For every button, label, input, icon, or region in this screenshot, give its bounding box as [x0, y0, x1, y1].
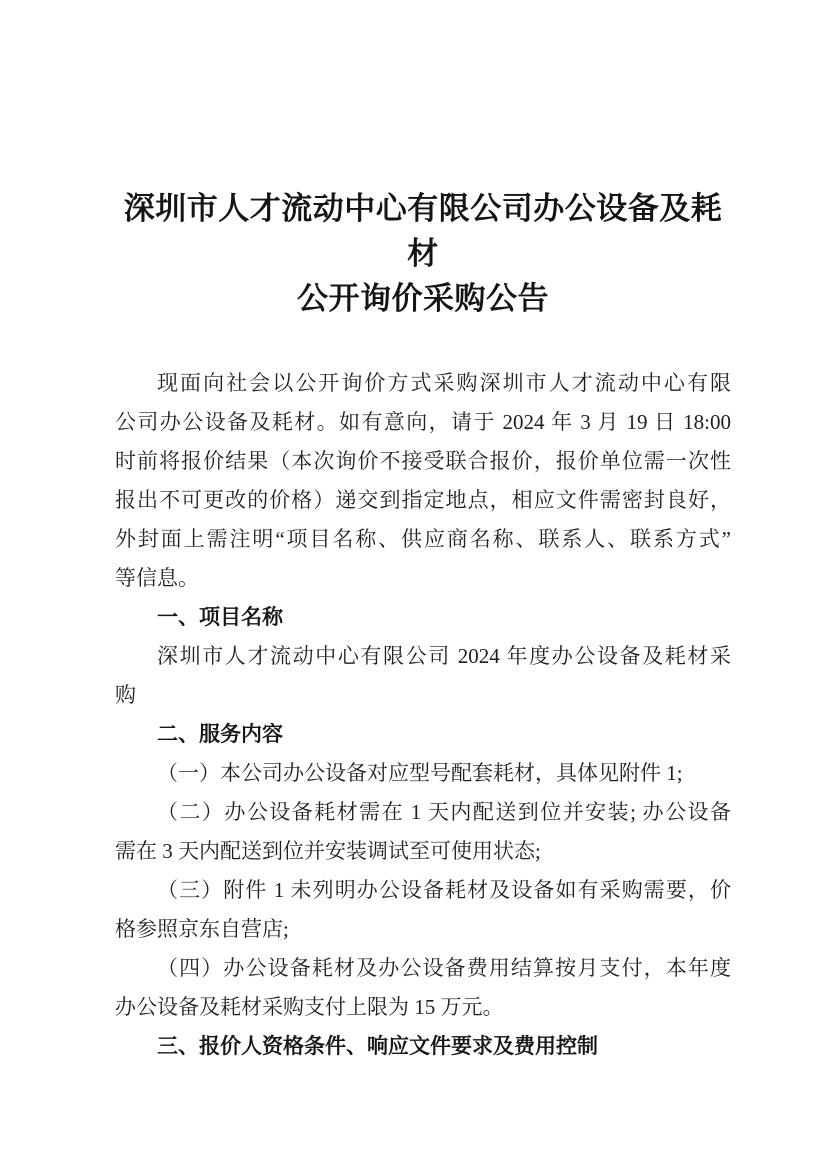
- paragraph-intro-line-5: 外封面上需注明“项目名称、供应商名称、联系人、联系方式”: [115, 520, 731, 559]
- section-heading-bidder-requirements: 三、报价人资格条件、响应文件要求及费用控制: [115, 1027, 731, 1066]
- section-heading-project-name: 一、项目名称: [115, 598, 731, 637]
- paragraph-intro-line-4: 报出不可更改的价格）递交到指定地点，相应文件需密封良好，: [115, 481, 731, 520]
- service-item-4-line-1: （四）办公设备耗材及办公设备费用结算按月支付，本年度: [115, 949, 731, 988]
- document-title: 深圳市人才流动中心有限公司办公设备及耗材 公开询价采购公告: [115, 186, 731, 321]
- document-body: 现面向社会以公开询价方式采购深圳市人才流动中心有限 公司办公设备及耗材。如有意向…: [115, 364, 731, 1066]
- service-item-3-line-2: 格参照京东自营店;: [115, 910, 731, 949]
- paragraph-intro-line-3: 时前将报价结果（本次询价不接受联合报价，报价单位需一次性: [115, 442, 731, 481]
- paragraph-intro-line-2: 公司办公设备及耗材。如有意向，请于 2024 年 3 月 19 日 18:00: [115, 403, 731, 442]
- paragraph-intro-line-6: 等信息。: [115, 559, 731, 598]
- document-content: 深圳市人才流动中心有限公司办公设备及耗材 公开询价采购公告 现面向社会以公开询价…: [115, 0, 731, 1066]
- section-heading-service-content: 二、服务内容: [115, 715, 731, 754]
- project-name-line-2: 购: [115, 676, 731, 715]
- service-item-2-line-2: 需在 3 天内配送到位并安装调试至可使用状态;: [115, 832, 731, 871]
- document-page: 深圳市人才流动中心有限公司办公设备及耗材 公开询价采购公告 现面向社会以公开询价…: [0, 0, 826, 1168]
- service-item-2-line-1: （二）办公设备耗材需在 1 天内配送到位并安装; 办公设备: [115, 793, 731, 832]
- document-title-line-1: 深圳市人才流动中心有限公司办公设备及耗材: [115, 186, 731, 276]
- service-item-1: （一）本公司办公设备对应型号配套耗材，具体见附件 1;: [115, 754, 731, 793]
- service-item-4-line-2: 办公设备及耗材采购支付上限为 15 万元。: [115, 988, 731, 1027]
- project-name-line-1: 深圳市人才流动中心有限公司 2024 年度办公设备及耗材采: [115, 637, 731, 676]
- paragraph-intro-line-1: 现面向社会以公开询价方式采购深圳市人才流动中心有限: [115, 364, 731, 403]
- document-title-line-2: 公开询价采购公告: [115, 276, 731, 321]
- service-item-3-line-1: （三）附件 1 未列明办公设备耗材及设备如有采购需要，价: [115, 871, 731, 910]
